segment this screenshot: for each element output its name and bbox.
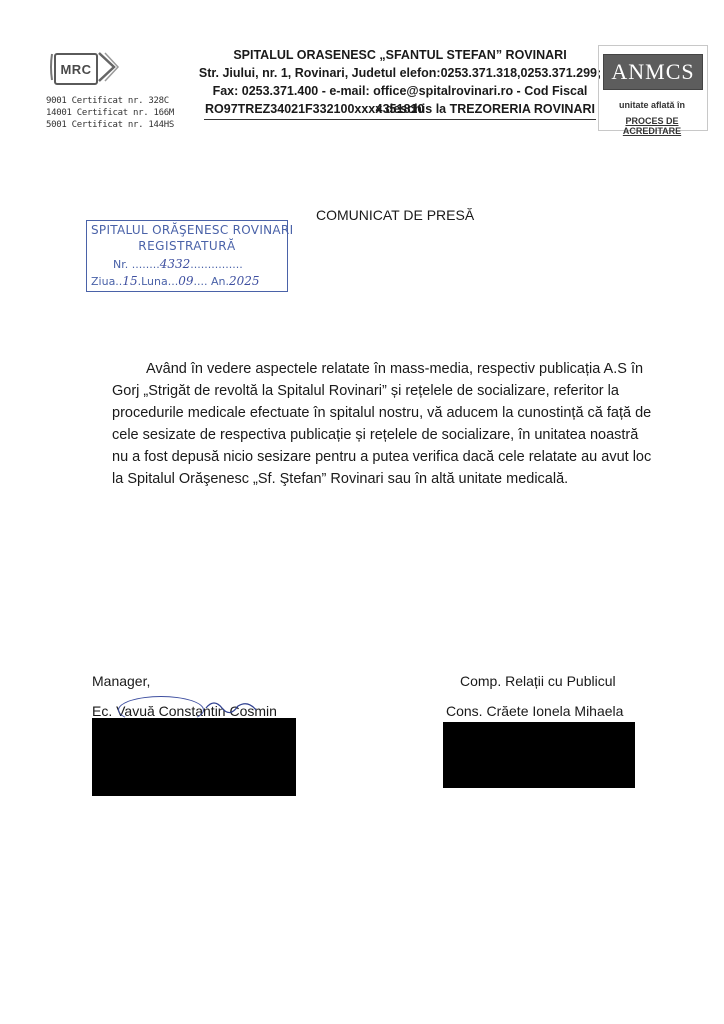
address-line: Str. Jiului, nr. 1, Rovinari, Judetul el… xyxy=(190,64,610,82)
mrc-logo: MRC xyxy=(54,53,98,85)
manager-role: Manager, xyxy=(92,673,150,689)
anmcs-subtitle: unitate aflată în xyxy=(598,100,706,110)
stamp-year-label: .... An. xyxy=(193,275,228,288)
bank-line: RO97TREZ34021F332100xxxx deschis la TREZ… xyxy=(190,100,610,118)
stamp-month-label: .Luna... xyxy=(138,275,179,288)
public-relations-name: Cons. Crăete Ionela Mihaela xyxy=(446,703,623,719)
stamp-day-value: 15 xyxy=(122,274,137,288)
anmcs-logo: ANMCS xyxy=(603,54,703,90)
mrc-logo-text: MRC xyxy=(60,62,91,77)
stamp-day-label: Ziua.. xyxy=(91,275,122,288)
stamp-registry-label: REGISTRATURĂ xyxy=(87,239,287,253)
stamp-month-value: 09 xyxy=(178,274,193,288)
certification-14001: 14001 Certificat nr. 166M xyxy=(46,108,174,118)
header-divider xyxy=(204,119,596,120)
anmcs-logo-text: ANMCS xyxy=(611,59,694,85)
certification-9001: 9001 Certificat nr. 328C xyxy=(46,96,169,106)
redacted-signature-left xyxy=(92,718,296,796)
stamp-date-row: Ziua..15.Luna...09.... An.2025 xyxy=(91,274,260,288)
anmcs-accreditation-status: PROCES DE ACREDITARE xyxy=(598,116,706,136)
stamp-year-value: 2025 xyxy=(229,274,260,288)
mrc-chevron-icon xyxy=(96,50,120,84)
signature-scribble-icon xyxy=(204,694,304,718)
redacted-signature-right xyxy=(443,722,635,788)
document-title: COMUNICAT DE PRESĂ xyxy=(316,207,474,223)
registry-stamp: SPITALUL ORĂŞENESC ROVINARI REGISTRATURĂ… xyxy=(86,220,288,292)
stamp-number-row: Nr. ........4332............... xyxy=(113,257,243,271)
public-relations-role: Comp. Relații cu Publicul xyxy=(460,673,616,689)
certification-5001: 5001 Certificat nr. 144HS xyxy=(46,120,174,130)
stamp-nr-label: Nr. xyxy=(113,258,132,271)
stamp-hospital-name: SPITALUL ORĂŞENESC ROVINARI xyxy=(91,223,293,237)
stamp-nr-value: 4332 xyxy=(160,257,191,271)
institution-name: SPITALUL ORASENESC „SFANTUL STEFAN” ROVI… xyxy=(190,46,610,64)
press-release-body: Având în vedere aspectele relatate în ma… xyxy=(112,358,656,490)
